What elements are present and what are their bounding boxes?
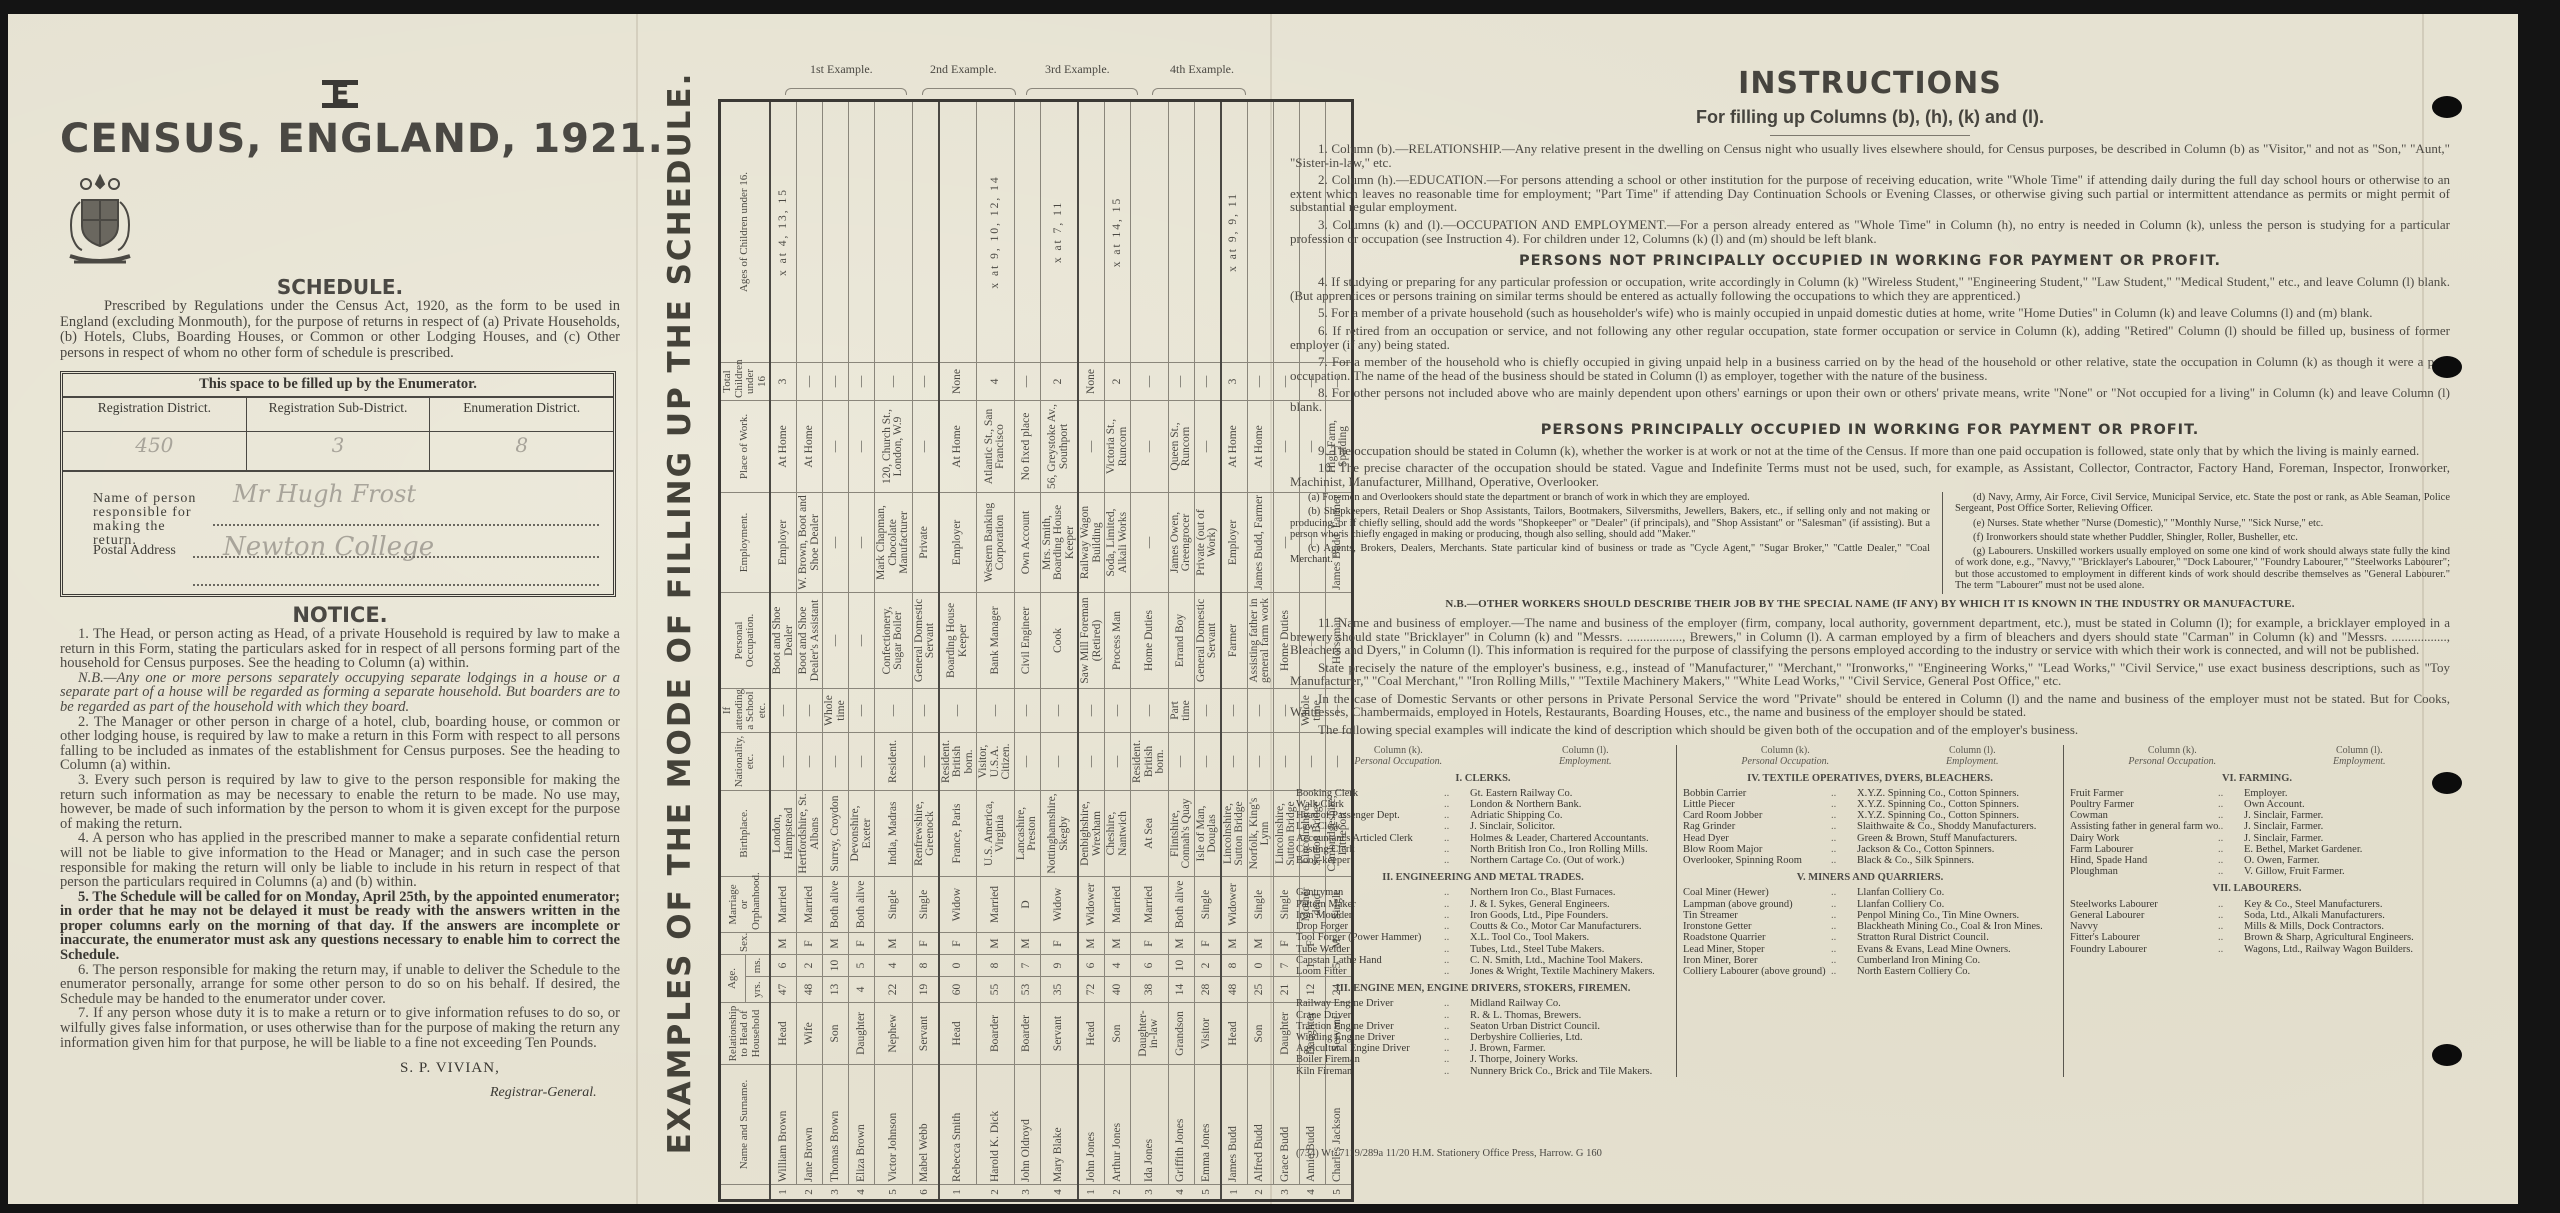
leader-dots: .. bbox=[1831, 821, 1857, 832]
cell-sch: — bbox=[912, 688, 939, 732]
leader-dots: .. bbox=[2218, 866, 2244, 877]
enumerator-box-heading: This space to be filled up by the Enumer… bbox=[63, 374, 613, 398]
leader-dots: .. bbox=[2218, 799, 2244, 810]
row-number: 3 bbox=[823, 1185, 849, 1201]
list-item: Railway Engine Driver..Midland Railway C… bbox=[1296, 998, 1670, 1009]
cell-emp: Railway Wagon Building bbox=[1078, 492, 1105, 592]
cell-pow: Atlantic St., San Francisco bbox=[977, 400, 1015, 492]
table-row: 5Victor JohnsonNephew224MSingleIndia, Ma… bbox=[875, 100, 913, 1200]
cell-sex: M bbox=[1168, 932, 1194, 954]
cell-name: Eliza Brown bbox=[849, 1065, 875, 1185]
examples-table-rotated: Name and Surname. Relationship to Head o… bbox=[718, 102, 1293, 1202]
cell-tot: — bbox=[1168, 362, 1194, 400]
row-number: 3 bbox=[1014, 1185, 1040, 1201]
occupation-examples: Column (k).Personal Occupation.Column (l… bbox=[1290, 745, 2450, 1077]
column-k-l-header: Column (k).Personal Occupation.Column (l… bbox=[1296, 745, 1670, 767]
instruction-6: 6. If retired from an occupation or serv… bbox=[1290, 324, 2450, 351]
cell-name: John Jones bbox=[1078, 1065, 1105, 1185]
cell-ages: x at 4, 13, 15 bbox=[770, 100, 797, 362]
personal-occupation: Foundry Labourer bbox=[2070, 944, 2218, 955]
row-number: 5 bbox=[1194, 1185, 1221, 1201]
cell-name: Jane Brown bbox=[797, 1065, 823, 1185]
registration-sub-district-field[interactable]: Registration Sub-District. 3 bbox=[247, 398, 431, 470]
employment: C. N. Smith, Ltd., Machine Tool Makers. bbox=[1470, 955, 1670, 966]
list-item: Cowman..J. Sinclair, Farmer. bbox=[2070, 810, 2444, 821]
personal-occupation: Agricultural Engine Driver bbox=[1296, 1043, 1444, 1054]
instruction-10: 10. The precise character of the occupat… bbox=[1290, 461, 2450, 488]
cell-name: Annie Budd bbox=[1299, 1065, 1325, 1185]
instruction-11-examples-intro: The following special examples will indi… bbox=[1290, 723, 2450, 737]
cell-birth: Cheshire, Nantwich bbox=[1105, 790, 1131, 876]
employment: J. Sinclair, Farmer. bbox=[2244, 821, 2444, 832]
cell-sch: — bbox=[1247, 688, 1273, 732]
cell-ages bbox=[1014, 100, 1040, 362]
leader-dots: .. bbox=[1444, 821, 1470, 832]
cell-name: William Brown bbox=[770, 1065, 797, 1185]
cell-emp: Employer bbox=[939, 492, 977, 592]
col-header-employment: Employment. bbox=[720, 492, 771, 592]
col-header-name: Name and Surname. bbox=[720, 1065, 771, 1185]
employment: Own Account. bbox=[2244, 799, 2444, 810]
registration-district-field[interactable]: Registration District. 450 bbox=[63, 398, 247, 470]
notice-heading: NOTICE. bbox=[60, 603, 620, 627]
leader-dots: .. bbox=[1444, 855, 1470, 866]
table-row: 1James BuddHead488MWidowerLincolnshire, … bbox=[1221, 100, 1248, 1200]
employment: J. Sinclair, Farmer. bbox=[2244, 833, 2444, 844]
cell-ages bbox=[849, 100, 875, 362]
employment: V. Gillow, Fruit Farmer. bbox=[2244, 866, 2444, 877]
employment: Mills & Mills, Dock Contractors. bbox=[2244, 921, 2444, 932]
table-row: 5Emma JonesVisitor282FSingleIsle of Man,… bbox=[1194, 100, 1221, 1200]
employment: Adriatic Shipping Co. bbox=[1470, 810, 1670, 821]
cell-pow: 120, Church St., London, W.9 bbox=[875, 400, 913, 492]
cell-birth: Isle of Man, Douglas bbox=[1194, 790, 1221, 876]
cell-nat: — bbox=[912, 732, 939, 790]
personal-occupation: Assisting father in general farm work bbox=[2070, 821, 2218, 832]
personal-occupation: Blow Room Major bbox=[1683, 844, 1831, 855]
leader-dots: .. bbox=[1444, 1010, 1470, 1021]
royal-coat-of-arms-icon bbox=[60, 172, 140, 268]
cell-name: Grace Budd bbox=[1273, 1065, 1299, 1185]
employment: X.L. Tool Co., Tool Makers. bbox=[1470, 932, 1670, 943]
cell-nat: — bbox=[1014, 732, 1040, 790]
leader-dots: .. bbox=[1831, 855, 1857, 866]
row-number: 1 bbox=[939, 1185, 977, 1201]
cell-sch: — bbox=[939, 688, 977, 732]
cell-mos: 8 bbox=[977, 954, 1015, 976]
cell-mar: D bbox=[1014, 876, 1040, 932]
leader-dots: .. bbox=[1831, 788, 1857, 799]
leader-dots: .. bbox=[1831, 944, 1857, 955]
row-number: 1 bbox=[770, 1185, 797, 1201]
instructions-subtitle: For filling up Columns (b), (h), (k) and… bbox=[1290, 107, 2450, 128]
cell-mos: 4 bbox=[1105, 954, 1131, 976]
employment: Jackson & Co., Cotton Spinners. bbox=[1857, 844, 2057, 855]
example-label-1: 1st Example. bbox=[810, 62, 873, 77]
leader-dots: .. bbox=[1444, 788, 1470, 799]
employment: Black & Co., Silk Spinners. bbox=[1857, 855, 2057, 866]
list-item: Fruit Farmer..Employer. bbox=[2070, 788, 2444, 799]
cell-pow: At Home bbox=[797, 400, 823, 492]
row-number: 2 bbox=[797, 1185, 823, 1201]
list-item: Steelworks Labourer..Key & Co., Steel Ma… bbox=[2070, 899, 2444, 910]
cell-mar: Widower bbox=[1221, 876, 1248, 932]
col-header-sex: Sex. bbox=[720, 932, 771, 954]
cell-ages bbox=[1078, 100, 1105, 362]
list-item: Dairy Work..J. Sinclair, Farmer. bbox=[2070, 833, 2444, 844]
cell-occ: General Domestic Servant bbox=[912, 592, 939, 688]
cell-name: Thomas Brown bbox=[823, 1065, 849, 1185]
cell-pow: Victoria St., Runcorn bbox=[1105, 400, 1131, 492]
cell-rel: Grandson bbox=[1168, 1003, 1194, 1065]
examples-side-title: EXAMPLES OF THE MODE OF FILLING UP THE S… bbox=[650, 48, 710, 1178]
cell-mos: 8 bbox=[1221, 954, 1248, 976]
cell-mos: 8 bbox=[912, 954, 939, 976]
instruction-10g: (g) Labourers. Unskilled workers usually… bbox=[1955, 546, 2450, 591]
table-row: 2Arthur JonesSon404MMarriedCheshire, Nan… bbox=[1105, 100, 1131, 1200]
cell-pow: Queen St., Runcorn bbox=[1168, 400, 1194, 492]
leader-dots: .. bbox=[1831, 966, 1857, 977]
cell-tot: — bbox=[1247, 362, 1273, 400]
list-item: Coal Miner (Hewer)..Llanfan Colliery Co. bbox=[1683, 887, 2057, 898]
cell-sex: M bbox=[1247, 932, 1273, 954]
cell-mar: Both alive bbox=[1168, 876, 1194, 932]
list-item: Colliery Labourer (above ground)..North … bbox=[1683, 966, 2057, 977]
list-item: Traction Engine Driver..Seaton Urban Dis… bbox=[1296, 1021, 1670, 1032]
schedule-heading: SCHEDULE. bbox=[60, 275, 620, 299]
leader-dots: .. bbox=[2218, 944, 2244, 955]
cell-tot: — bbox=[875, 362, 913, 400]
personal-occupation: Head of Passenger Dept. bbox=[1296, 810, 1444, 821]
table-row: 4Griffith JonesGrandson1410MBoth aliveFl… bbox=[1168, 100, 1194, 1200]
instruction-10-subitems: (a) Foremen and Overlookers should state… bbox=[1290, 492, 2450, 594]
personal-occupation: Kiln Fireman bbox=[1296, 1066, 1444, 1077]
punch-hole bbox=[2432, 1044, 2462, 1066]
table-row: 1William BrownHead476MMarriedLondon, Ham… bbox=[770, 100, 797, 1200]
cell-mar: Married bbox=[1131, 876, 1169, 932]
leader-dots: .. bbox=[2218, 844, 2244, 855]
personal-occupation: Tin Streamer bbox=[1683, 910, 1831, 921]
postal-address-field[interactable] bbox=[193, 556, 599, 558]
personal-occupation: Card Room Jobber bbox=[1683, 810, 1831, 821]
cell-ages bbox=[939, 100, 977, 362]
list-item: Tube Welder..Tubes, Ltd., Steel Tube Mak… bbox=[1296, 944, 1670, 955]
cell-mos: 6 bbox=[1078, 954, 1105, 976]
row-number: 4 bbox=[1040, 1185, 1078, 1201]
personal-occupation: Tube Welder bbox=[1296, 944, 1444, 955]
cell-occ: Civil Engineer bbox=[1014, 592, 1040, 688]
cell-pow: No fixed place bbox=[1014, 400, 1040, 492]
leader-dots: .. bbox=[1831, 810, 1857, 821]
occupation-examples-column: Column (k).Personal Occupation.Column (l… bbox=[2064, 745, 2450, 1077]
cell-emp: Mark Chapman, Chocolate Manufacturer bbox=[875, 492, 913, 592]
cell-name: Emma Jones bbox=[1194, 1065, 1221, 1185]
personal-occupation: Tool Forger (Power Hammer) bbox=[1296, 932, 1444, 943]
cell-tot: 3 bbox=[1221, 362, 1248, 400]
cell-mos: 0 bbox=[1247, 954, 1273, 976]
employment: Key & Co., Steel Manufacturers. bbox=[2244, 899, 2444, 910]
cell-sex: M bbox=[1105, 932, 1131, 954]
row-number: 3 bbox=[1131, 1185, 1169, 1201]
employment: Iron Goods, Ltd., Pipe Founders. bbox=[1470, 910, 1670, 921]
personal-occupation: Little Piecer bbox=[1683, 799, 1831, 810]
leader-dots: .. bbox=[2218, 910, 2244, 921]
leader-dots: .. bbox=[1444, 799, 1470, 810]
cell-rel: Boarder bbox=[1014, 1003, 1040, 1065]
cell-tot: 2 bbox=[1040, 362, 1078, 400]
cell-birth: Denbighshire, Wrexham bbox=[1078, 790, 1105, 876]
leader-dots: .. bbox=[1444, 1043, 1470, 1054]
cell-mos: 7 bbox=[1014, 954, 1040, 976]
signatory-name: S. P. VIVIAN, bbox=[60, 1060, 620, 1077]
cell-nat: — bbox=[823, 732, 849, 790]
personal-occupation: Overlooker, Spinning Room bbox=[1683, 855, 1831, 866]
list-item: Lead Miner, Stoper..Evans & Evans, Lead … bbox=[1683, 944, 2057, 955]
cell-ages bbox=[1131, 100, 1169, 362]
list-item: Bobbin Carrier..X.Y.Z. Spinning Co., Cot… bbox=[1683, 788, 2057, 799]
employment: Brown & Sharp, Agricultural Engineers. bbox=[2244, 932, 2444, 943]
list-item: Book-keeper..Northern Cartage Co. (Out o… bbox=[1296, 855, 1670, 866]
cell-rel: Head bbox=[1221, 1003, 1248, 1065]
col-header-nationality: Nationality, etc. bbox=[720, 732, 771, 790]
cell-nat: — bbox=[849, 732, 875, 790]
cell-sch: — bbox=[977, 688, 1015, 732]
cell-mos: 10 bbox=[1168, 954, 1194, 976]
employment: Llanfan Colliery Co. bbox=[1857, 887, 2057, 898]
employment: J. & I. Sykes, General Engineers. bbox=[1470, 899, 1670, 910]
instruction-10c: (c) Agents, Brokers, Dealers, Merchants.… bbox=[1290, 543, 1930, 565]
punch-hole bbox=[2432, 96, 2462, 118]
cell-sch: — bbox=[1194, 688, 1221, 732]
instruction-7: 7. For a member of the household who is … bbox=[1290, 355, 2450, 382]
example-brace bbox=[922, 88, 1016, 95]
row-number: 2 bbox=[977, 1185, 1015, 1201]
cell-mar: Widow bbox=[1040, 876, 1078, 932]
instruction-10f: (f) Ironworkers should state whether Pud… bbox=[1955, 532, 2450, 543]
cell-birth: France, Paris bbox=[939, 790, 977, 876]
employment: Green & Brown, Stuff Manufacturers. bbox=[1857, 833, 2057, 844]
col-header-school: If attending a School etc. bbox=[720, 688, 771, 732]
cell-sex: M bbox=[823, 932, 849, 954]
cell-rel: Son bbox=[1105, 1003, 1131, 1065]
cell-sex: F bbox=[939, 932, 977, 954]
cell-sch: — bbox=[770, 688, 797, 732]
cell-sex: F bbox=[1131, 932, 1169, 954]
cell-yrs: 38 bbox=[1131, 977, 1169, 1003]
cell-rel: Servant bbox=[912, 1003, 939, 1065]
list-item: Iron Miner, Borer..Cumberland Iron Minin… bbox=[1683, 955, 2057, 966]
list-item: Costing Clerk..North British Iron Co., I… bbox=[1296, 844, 1670, 855]
cell-sch: — bbox=[849, 688, 875, 732]
list-item: Agricultural Engine Driver..J. Brown, Fa… bbox=[1296, 1043, 1670, 1054]
cell-mos: 5 bbox=[849, 954, 875, 976]
leader-dots: .. bbox=[1831, 833, 1857, 844]
cell-sch: Part time bbox=[1168, 688, 1194, 732]
col-header-occupation: Personal Occupation. bbox=[720, 592, 771, 688]
employment: Nunnery Brick Co., Brick and Tile Makers… bbox=[1470, 1066, 1670, 1077]
cell-pow: At Home bbox=[770, 400, 797, 492]
cell-sex: F bbox=[1040, 932, 1078, 954]
cell-pow: — bbox=[912, 400, 939, 492]
cell-mar: Single bbox=[1247, 876, 1273, 932]
schedule-cover-panel: E CENSUS, ENGLAND, 1921. SCHEDULE. Presc… bbox=[60, 80, 620, 1101]
personal-occupation: Walk Clerk bbox=[1296, 799, 1444, 810]
cell-rel: Visitor bbox=[1194, 1003, 1221, 1065]
employment: North British Iron Co., Iron Rolling Mil… bbox=[1470, 844, 1670, 855]
cell-emp: Private (out of Work) bbox=[1194, 492, 1221, 592]
cell-mar: Single bbox=[912, 876, 939, 932]
person-responsible-field[interactable] bbox=[213, 524, 599, 526]
personal-occupation: Cowman bbox=[2070, 810, 2218, 821]
cell-birth: Lancashire, Preston bbox=[1014, 790, 1040, 876]
leader-dots: .. bbox=[1831, 955, 1857, 966]
list-item: Loom Fitter..Jones & Wright, Textile Mac… bbox=[1296, 966, 1670, 977]
col-header-age-years: yrs. bbox=[745, 977, 770, 1003]
notice-nb: N.B.—Any one or more persons separately … bbox=[60, 671, 620, 715]
prescribed-text: Prescribed by Regulations under the Cens… bbox=[60, 299, 620, 361]
notice-item-2: 2. The Manager or other person in charge… bbox=[60, 715, 620, 773]
list-item: Iron Moulder..Iron Goods, Ltd., Pipe Fou… bbox=[1296, 910, 1670, 921]
cell-emp: Employer bbox=[770, 492, 797, 592]
leader-dots: .. bbox=[1831, 844, 1857, 855]
employment: North Eastern Colliery Co. bbox=[1857, 966, 2057, 977]
instruction-3: 3. Columns (k) and (l).—OCCUPATION AND E… bbox=[1290, 218, 2450, 245]
cell-name: Arthur Jones bbox=[1105, 1065, 1131, 1185]
cell-name: Rebecca Smith bbox=[939, 1065, 977, 1185]
cell-emp: Western Banking Corporation bbox=[977, 492, 1015, 592]
postal-address-line-2[interactable] bbox=[193, 584, 599, 586]
occupation-examples-column: Column (k).Personal Occupation.Column (l… bbox=[1677, 745, 2064, 1077]
cell-birth: Hertfordshire, St. Albans bbox=[797, 790, 823, 876]
list-item: Lampman (above ground)..Llanfan Colliery… bbox=[1683, 899, 2057, 910]
cell-nat: — bbox=[1194, 732, 1221, 790]
row-number: 2 bbox=[1247, 1185, 1273, 1201]
leader-dots: .. bbox=[1444, 921, 1470, 932]
employment: X.Y.Z. Spinning Co., Cotton Spinners. bbox=[1857, 799, 2057, 810]
cell-tot: — bbox=[1194, 362, 1221, 400]
cell-mar: Both alive bbox=[849, 876, 875, 932]
category-heading: II. ENGINEERING AND METAL TRADES. bbox=[1296, 872, 1670, 883]
cell-sch: — bbox=[1014, 688, 1040, 732]
employment: J. Sinclair, Farmer. bbox=[2244, 810, 2444, 821]
cell-sex: M bbox=[1014, 932, 1040, 954]
enumeration-district-field[interactable]: Enumeration District. 8 bbox=[430, 398, 613, 470]
leader-dots: .. bbox=[1444, 844, 1470, 855]
personal-occupation: Accountant's Articled Clerk bbox=[1296, 833, 1444, 844]
instruction-10d: (d) Navy, Army, Air Force, Civil Service… bbox=[1955, 492, 2450, 514]
column-k-l-header: Column (k).Personal Occupation.Column (l… bbox=[1683, 745, 2057, 767]
list-item: Hind, Spade Hand..O. Owen, Farmer. bbox=[2070, 855, 2444, 866]
cell-mar: Widower bbox=[1078, 876, 1105, 932]
list-item: Roadstone Quarrier..Stratton Rural Distr… bbox=[1683, 932, 2057, 943]
category-heading: IV. TEXTILE OPERATIVES, DYERS, BLEACHERS… bbox=[1683, 773, 2057, 784]
employment: J. Sinclair, Solicitor. bbox=[1470, 821, 1670, 832]
personal-occupation: Ironstone Getter bbox=[1683, 921, 1831, 932]
leader-dots: .. bbox=[2218, 899, 2244, 910]
list-item: Booking Clerk..Gt. Eastern Railway Co. bbox=[1296, 788, 1670, 799]
leader-dots: .. bbox=[1444, 887, 1470, 898]
cell-name: Charles Jackson bbox=[1325, 1065, 1352, 1185]
list-item: Drop Forger..Coutts & Co., Motor Car Man… bbox=[1296, 921, 1670, 932]
employment: X.Y.Z. Spinning Co., Cotton Spinners. bbox=[1857, 810, 2057, 821]
cell-yrs: 13 bbox=[823, 977, 849, 1003]
instruction-10e: (e) Nurses. State whether "Nurse (Domest… bbox=[1955, 518, 2450, 529]
cell-sex: M bbox=[875, 932, 913, 954]
punch-hole bbox=[2432, 772, 2462, 794]
row-number: 5 bbox=[875, 1185, 913, 1201]
instruction-4: 4. If studying or preparing for any part… bbox=[1290, 275, 2450, 302]
cell-yrs: 47 bbox=[770, 977, 797, 1003]
leader-dots: .. bbox=[2218, 821, 2244, 832]
list-item: Kiln Fireman..Nunnery Brick Co., Brick a… bbox=[1296, 1066, 1670, 1077]
cell-birth: Nottinghamshire, Skegby bbox=[1040, 790, 1078, 876]
personal-occupation: Head Dyer bbox=[1683, 833, 1831, 844]
leader-dots: .. bbox=[1444, 1032, 1470, 1043]
cell-ages: x at 7, 11 bbox=[1040, 100, 1078, 362]
category-heading: VII. LABOURERS. bbox=[2070, 883, 2444, 894]
col-header-place-of-work: Place of Work. bbox=[720, 400, 771, 492]
instruction-2: 2. Column (h).—EDUCATION.—For persons at… bbox=[1290, 173, 2450, 214]
cell-pow: 56, Greystoke Av., Southport bbox=[1040, 400, 1078, 492]
table-row: 1John JonesHead726MWidowerDenbighshire, … bbox=[1078, 100, 1105, 1200]
cell-emp: — bbox=[1131, 492, 1169, 592]
category-heading: III. ENGINE MEN, ENGINE DRIVERS, STOKERS… bbox=[1296, 983, 1670, 994]
cell-nat: — bbox=[770, 732, 797, 790]
col-header-relationship: Relationship to Head of Household bbox=[720, 1003, 771, 1065]
cell-rel: Wife bbox=[797, 1003, 823, 1065]
leader-dots: .. bbox=[1444, 932, 1470, 943]
cell-occ: — bbox=[823, 592, 849, 688]
leader-dots: .. bbox=[1831, 887, 1857, 898]
employment: Holmes & Leader, Chartered Accountants. bbox=[1470, 833, 1670, 844]
list-item: Tin Streamer..Penpol Mining Co., Tin Min… bbox=[1683, 910, 2057, 921]
employment: Gt. Eastern Railway Co. bbox=[1470, 788, 1670, 799]
cell-yrs: 60 bbox=[939, 977, 977, 1003]
cell-emp: Own Account bbox=[1014, 492, 1040, 592]
leader-dots: .. bbox=[1444, 944, 1470, 955]
examples-table: Name and Surname. Relationship to Head o… bbox=[718, 99, 1354, 1202]
cell-yrs: 55 bbox=[977, 977, 1015, 1003]
list-item: Little Piecer..X.Y.Z. Spinning Co., Cott… bbox=[1683, 799, 2057, 810]
cell-emp: James Budd, Farmer bbox=[1247, 492, 1273, 592]
cell-pow: At Home bbox=[1247, 400, 1273, 492]
cell-sch: — bbox=[797, 688, 823, 732]
leader-dots: .. bbox=[1831, 932, 1857, 943]
leader-dots: .. bbox=[1444, 966, 1470, 977]
cell-mar: Both alive bbox=[823, 876, 849, 932]
cell-ages bbox=[912, 100, 939, 362]
employment: Soda, Ltd., Alkali Manufacturers. bbox=[2244, 910, 2444, 921]
employment: Cumberland Iron Mining Co. bbox=[1857, 955, 2057, 966]
cell-tot: None bbox=[1078, 362, 1105, 400]
example-brace bbox=[1152, 88, 1246, 95]
list-item: Card Room Jobber..X.Y.Z. Spinning Co., C… bbox=[1683, 810, 2057, 821]
instructions-panel: INSTRUCTIONS For filling up Columns (b),… bbox=[1290, 66, 2450, 1077]
personal-occupation: Railway Engine Driver bbox=[1296, 998, 1444, 1009]
cell-rel: Head bbox=[770, 1003, 797, 1065]
cell-emp: — bbox=[849, 492, 875, 592]
row-number: 1 bbox=[1221, 1185, 1248, 1201]
cell-sch: — bbox=[1078, 688, 1105, 732]
instruction-8: 8. For other persons not included above … bbox=[1290, 386, 2450, 413]
cell-occ: Boot and Shoe Dealer bbox=[770, 592, 797, 688]
instructions-title: INSTRUCTIONS bbox=[1290, 66, 2450, 101]
cell-occ: Errand Boy bbox=[1168, 592, 1194, 688]
cell-birth: Renfrewshire, Greenock bbox=[912, 790, 939, 876]
notice-item-7: 7. If any person whose duty it is to mak… bbox=[60, 1006, 620, 1050]
instruction-10b: (b) Shopkeepers, Retail Dealers or Shop … bbox=[1290, 506, 1930, 540]
personal-occupation: Gantryman bbox=[1296, 887, 1444, 898]
